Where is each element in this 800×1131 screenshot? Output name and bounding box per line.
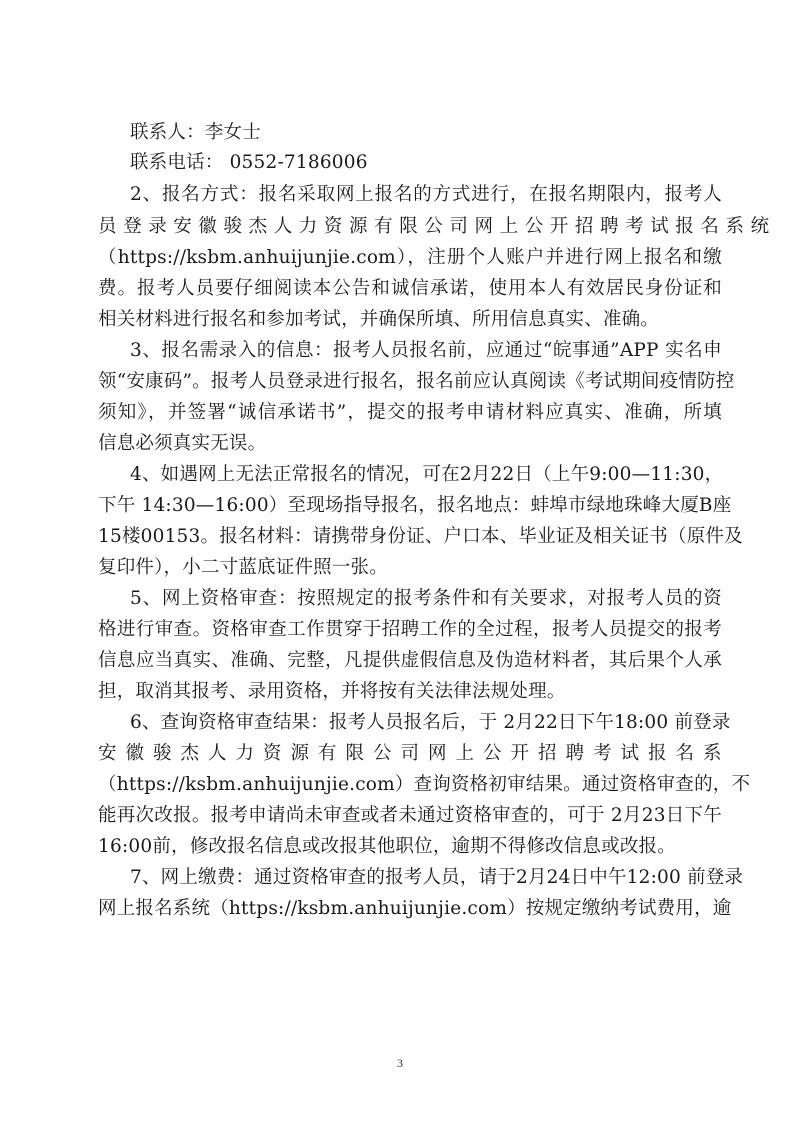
paragraph-line: 信息必须真实无误。 [98, 429, 722, 459]
section-2-registration-method: 2、报名方式：报名采取网上报名的方式进行，在报名期限内，报考人 [130, 180, 722, 210]
paragraph-line: 15楼00153。报名材料：请携带身份证、户口本、毕业证及相关证书（原件及 [98, 522, 722, 552]
paragraph-line: （https://ksbm.anhuijunjie.com），注册个人账户并进行… [98, 243, 722, 273]
paragraph-line: 费。报考人员要仔细阅读本公告和诚信承诺，使用本人有效居民身份证和 [98, 274, 722, 304]
paragraph-line: 网上报名系统（https://ksbm.anhuijunjie.com）按规定缴… [98, 894, 722, 924]
paragraph-line: 16:00前，修改报名信息或改报其他职位，逾期不得修改信息或改报。 [98, 832, 722, 862]
paragraph-line: 领“安康码”。报考人员登录进行报名，报名前应认真阅读《考试期间疫情防控 [98, 367, 722, 397]
paragraph-line: 格进行审查。资格审查工作贯穿于招聘工作的全过程，报考人员提交的报考 [98, 615, 722, 645]
paragraph-line: 信息应当真实、准确、完整，凡提供虚假信息及伪造材料者，其后果个人承 [98, 646, 722, 676]
paragraph-line: 须知》，并签署“诚信承诺书”，提交的报考申请材料应真实、准确，所填 [98, 398, 722, 428]
paragraph-line: 相关材料进行报名和参加考试，并确保所填、所用信息真实、准确。 [98, 305, 722, 335]
paragraph-line: （https://ksbm.anhuijunjie.com）查询资格初审结果。通… [98, 770, 722, 800]
contact-phone-line: 联系电话： 0552-7186006 [130, 148, 722, 178]
section-6-review-results: 6、查询资格审查结果：报考人员报名后，于 2月22日下午18:00 前登录 [130, 708, 722, 738]
document-page: 联系人：李女士 联系电话： 0552-7186006 2、报名方式：报名采取网上… [0, 0, 800, 1131]
paragraph-line: 下午 14:30—16:00）至现场指导报名，报名地点：蚌埠市绿地珠峰大厦B座 [98, 491, 722, 521]
section-7-online-payment: 7、网上缴费：通过资格审查的报考人员，请于2月24日中午12:00 前登录 [130, 863, 722, 893]
contact-person-line: 联系人：李女士 [130, 118, 722, 148]
paragraph-line: 员登录安徽骏杰人力资源有限公司网上公开招聘考试报名系统 [98, 212, 722, 242]
paragraph-line: 复印件），小二寸蓝底证件照一张。 [98, 553, 722, 583]
page-number: 3 [0, 1056, 800, 1071]
paragraph-line: 担，取消其报考、录用资格，并将按有关法律法规处理。 [98, 677, 722, 707]
section-5-qualification-review: 5、网上资格审查：按照规定的报考条件和有关要求，对报考人员的资 [130, 584, 722, 614]
section-4-onsite-registration: 4、如遇网上无法正常报名的情况，可在2月22日（上午9:00—11:30， [130, 460, 722, 490]
section-3-required-info: 3、报名需录入的信息：报考人员报名前，应通过“皖事通”APP 实名申 [130, 336, 722, 366]
paragraph-line: 安徽骏杰人力资源有限公司网上公开招聘考试报名系 [98, 739, 722, 769]
paragraph-line: 能再次改报。报考申请尚未审查或者未通过资格审查的，可于 2月23日下午 [98, 801, 722, 831]
